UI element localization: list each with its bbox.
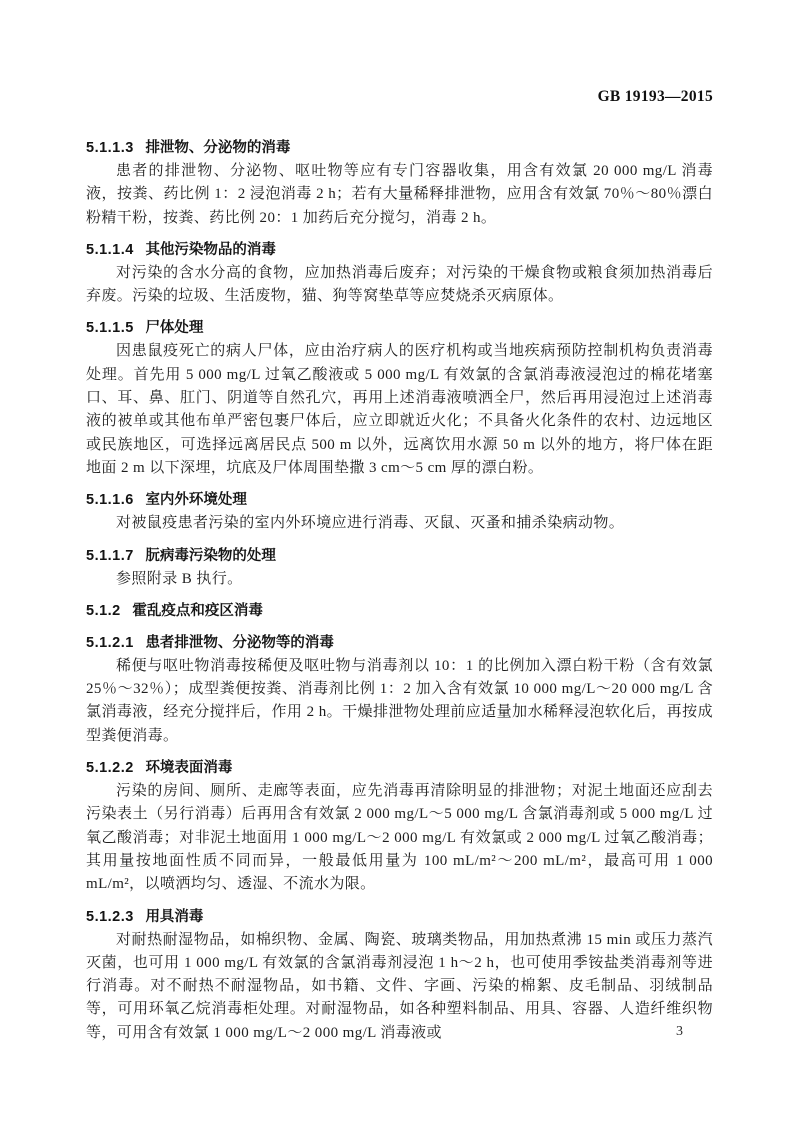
section-title: 其他污染物品的消毒 (145, 242, 276, 258)
section-number: 5.1.2.1 (86, 635, 134, 651)
section-title: 室内外环境处理 (145, 492, 247, 508)
heading-5-1-1-5: 5.1.1.5尸体处理 (86, 317, 713, 340)
paragraph-environment-surface: 污染的房间、厕所、走廊等表面，应先消毒再清除明显的排泄物；对泥土地面还应刮去污染… (86, 780, 713, 896)
section-title: 环境表面消毒 (145, 760, 232, 776)
document-content: GB 19193—2015 5.1.1.3排泄物、分泌物的消毒 患者的排泄物、分… (86, 88, 713, 1045)
page-number: 3 (676, 1024, 683, 1040)
section-number: 5.1.2 (86, 603, 121, 619)
paragraph-indoor-outdoor-environment: 对被鼠疫患者污染的室内外环境应进行消毒、灭鼠、灭蚤和捕杀染病动物。 (86, 512, 713, 535)
section-number: 5.1.1.5 (86, 320, 134, 336)
section-title: 尸体处理 (145, 320, 203, 336)
paragraph-utensil-disinfection: 对耐热耐湿物品，如棉织物、金属、陶瓷、玻璃类物品，用加热煮沸 15 min 或压… (86, 929, 713, 1045)
section-title: 排泄物、分泌物的消毒 (145, 140, 290, 156)
section-title: 患者排泄物、分泌物等的消毒 (145, 635, 334, 651)
paragraph-cholera-excreta: 稀便与呕吐物消毒按稀便及呕吐物与消毒剂以 10：1 的比例加入漂白粉干粉（含有效… (86, 655, 713, 748)
paragraph-excreta-disinfection: 患者的排泄物、分泌物、呕吐物等应有专门容器收集，用含有效氯 20 000 mg/… (86, 160, 713, 230)
paragraph-other-contaminated-items: 对污染的含水分高的食物，应加热消毒后废弃；对污染的干燥食物或粮食须加热消毒后弃废… (86, 262, 713, 309)
section-title: 霍乱疫点和疫区消毒 (132, 603, 263, 619)
heading-5-1-1-3: 5.1.1.3排泄物、分泌物的消毒 (86, 137, 713, 160)
heading-5-1-2-2: 5.1.2.2环境表面消毒 (86, 757, 713, 780)
heading-5-1-1-4: 5.1.1.4其他污染物品的消毒 (86, 239, 713, 262)
section-number: 5.1.1.6 (86, 492, 134, 508)
section-number: 5.1.2.2 (86, 760, 134, 776)
heading-5-1-1-7: 5.1.1.7朊病毒污染物的处理 (86, 545, 713, 568)
heading-5-1-2: 5.1.2霍乱疫点和疫区消毒 (86, 600, 713, 623)
document-page: GB 19193—2015 5.1.1.3排泄物、分泌物的消毒 患者的排泄物、分… (0, 0, 794, 1123)
heading-5-1-2-1: 5.1.2.1患者排泄物、分泌物等的消毒 (86, 632, 713, 655)
heading-5-1-1-6: 5.1.1.6室内外环境处理 (86, 489, 713, 512)
section-title: 用具消毒 (145, 909, 203, 925)
paragraph-corpse-handling: 因患鼠疫死亡的病人尸体，应由治疗病人的医疗机构或当地疾病预防控制机构负责消毒处理… (86, 340, 713, 480)
standard-number: GB 19193—2015 (86, 88, 713, 106)
section-number: 5.1.1.4 (86, 242, 134, 258)
section-number: 5.1.2.3 (86, 909, 134, 925)
heading-5-1-2-3: 5.1.2.3用具消毒 (86, 906, 713, 929)
paragraph-prion-reference: 参照附录 B 执行。 (86, 568, 713, 591)
section-number: 5.1.1.3 (86, 140, 134, 156)
section-number: 5.1.1.7 (86, 548, 134, 564)
section-title: 朊病毒污染物的处理 (145, 548, 276, 564)
